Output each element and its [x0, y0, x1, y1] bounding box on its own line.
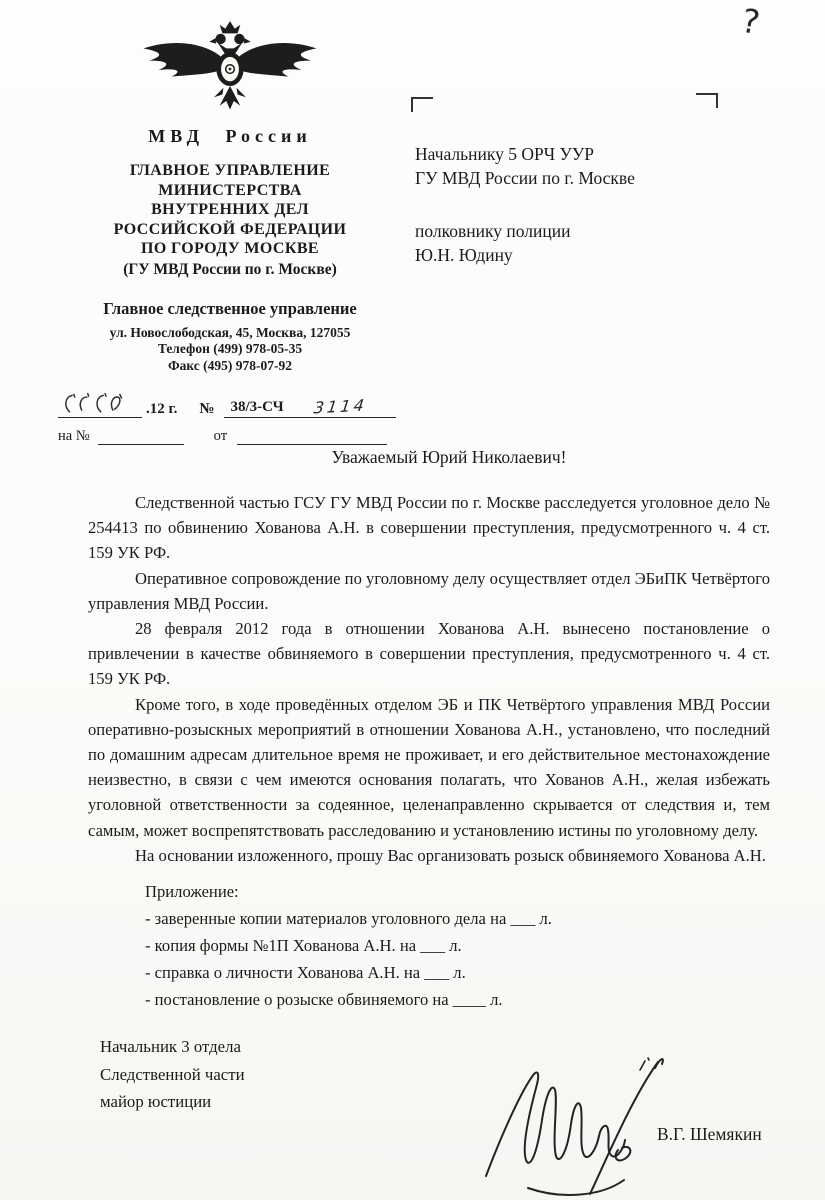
org-line: МИНИСТЕРСТВА [58, 181, 402, 201]
contact-block: ул. Новослободская, 45, Москва, 127055 Т… [58, 325, 402, 375]
letter-body: Уважаемый Юрий Николаевич! Следственной … [88, 447, 770, 1116]
reference-row: .12 г. № 38/3-СЧ 3114 [58, 391, 402, 418]
body-paragraph: На основании изложенного, прошу Вас орга… [88, 843, 770, 868]
body-paragraph: Оперативное сопровождение по уголовному … [88, 566, 770, 616]
salutation: Уважаемый Юрий Николаевич! [128, 447, 770, 468]
date-suffix: .12 г. [146, 401, 177, 418]
outgoing-number: 38/3-СЧ [230, 399, 283, 416]
org-line: ВНУТРЕННИХ ДЕЛ [58, 200, 402, 220]
body-paragraph: 28 февраля 2012 года в отношении Хованов… [88, 616, 770, 692]
handwritten-question-mark: ? [739, 1, 763, 42]
handwritten-signature [472, 1048, 672, 1198]
addressee-name: Ю.Н. Юдину [415, 243, 745, 267]
addressee-line: ГУ МВД России по г. Москве [415, 166, 745, 190]
attachments-title: Приложение: [145, 878, 770, 905]
org-line: ГЛАВНОЕ УПРАВЛЕНИЕ [58, 161, 402, 181]
org-line: ПО ГОРОДУ МОСКВЕ [58, 239, 402, 259]
addressee-rank: полковнику полиции [415, 219, 745, 243]
attachment-item: - заверенные копии материалов уголовного… [145, 905, 770, 932]
attachment-item: - копия формы №1П Хованова А.Н. на ___ л… [145, 932, 770, 959]
handwritten-date-field [58, 391, 142, 418]
handwritten-date-scribble [60, 392, 138, 416]
reply-reference-row: на № от [58, 428, 402, 445]
org-line: РОССИЙСКОЙ ФЕДЕРАЦИИ [58, 220, 402, 240]
body-paragraph: Кроме того, в ходе проведённых отделом Э… [88, 692, 770, 843]
letterhead: МВД России ГЛАВНОЕ УПРАВЛЕНИЕ МИНИСТЕРСТ… [58, 18, 402, 445]
body-paragraph: Следственной частью ГСУ ГУ МВД России по… [88, 490, 770, 566]
addressee-block: Начальнику 5 ОРЧ УУР ГУ МВД России по г.… [415, 142, 745, 267]
attachment-item: - справка о личности Хованова А.Н. на __… [145, 959, 770, 986]
org-abbreviation: (ГУ МВД России по г. Москве) [58, 261, 402, 279]
addressee-line: Начальнику 5 ОРЧ УУР [415, 142, 745, 166]
address-corner-mark-left [411, 97, 433, 112]
org-short-name: МВД России [58, 126, 402, 147]
fax-line: Факс (495) 978-07-92 [58, 358, 402, 375]
outgoing-number-field: 38/3-СЧ 3114 [224, 397, 396, 418]
org-full-name: ГЛАВНОЕ УПРАВЛЕНИЕ МИНИСТЕРСТВА ВНУТРЕНН… [58, 161, 402, 259]
handwritten-number: 3114 [312, 396, 367, 418]
address-corner-mark-right [696, 93, 718, 108]
scanned-letter-page: ? [0, 0, 825, 1200]
reply-date-blank [237, 430, 387, 445]
reply-number-blank [98, 430, 184, 445]
signer-name: В.Г. Шемякин [657, 1124, 762, 1145]
attachments-block: Приложение: - заверенные копии материало… [145, 878, 770, 1013]
number-sign: № [199, 401, 214, 418]
attachment-item: - постановление о розыске обвиняемого на… [145, 986, 770, 1013]
division-name: Главное следственное управление [58, 299, 402, 319]
from-label: от [214, 428, 227, 445]
mvd-eagle-emblem [136, 18, 324, 122]
reply-label: на № [58, 428, 90, 445]
address-line: ул. Новослободская, 45, Москва, 127055 [58, 325, 402, 342]
phone-line: Телефон (499) 978-05-35 [58, 341, 402, 358]
